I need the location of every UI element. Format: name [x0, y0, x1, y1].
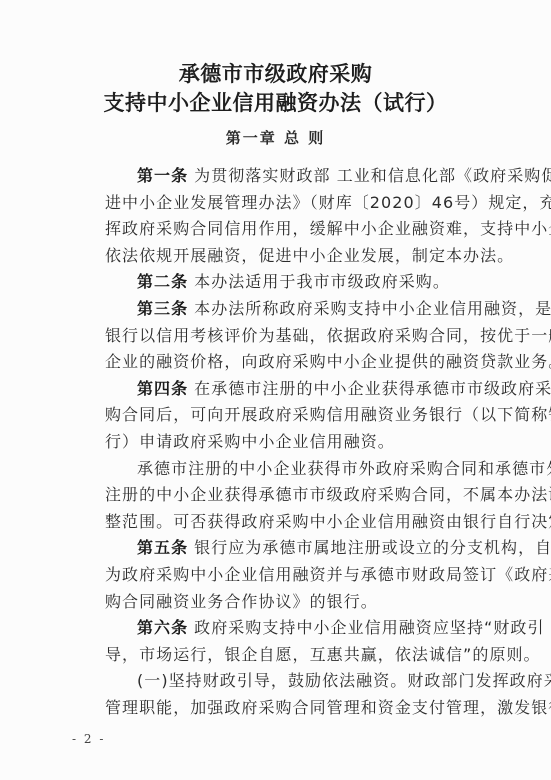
article-text: 银行应为承德市属地注册或设立的分支机构，自愿	[194, 538, 551, 557]
document-title-line-1: 承德市市级政府采购	[0, 60, 551, 88]
article-label: 第一条	[137, 166, 188, 185]
article-3: 第三条本办法所称政府采购支持中小企业信用融资，是指 银行以信用考核评价为基础，依…	[73, 296, 484, 376]
article-text: 本办法所称政府采购支持中小企业信用融资，是指	[194, 299, 551, 318]
article-line: 购合同后，可向开展政府采购信用融资业务银行（以下简称银	[73, 402, 484, 429]
article-text: 本办法适用于我市市级政府采购。	[194, 272, 450, 291]
document-title-line-2: 支持中小企业信用融资办法（试行）	[0, 89, 551, 117]
article-2: 第二条本办法适用于我市市级政府采购。	[73, 269, 484, 296]
article-line: 管理职能，加强政府采购合同管理和资金支付管理，激发银行	[73, 695, 484, 722]
article-text: 政府采购支持中小企业信用融资应坚持“财政引	[194, 618, 544, 637]
document-body: 第一条为贯彻落实财政部 工业和信息化部《政府采购促 进中小企业发展管理办法》（财…	[73, 163, 484, 721]
article-line: 依法依规开展融资，促进中小企业发展，制定本办法。	[73, 243, 484, 270]
article-label: 第五条	[137, 538, 188, 557]
article-line: 企业的融资价格，向政府采购中小企业提供的融资贷款业务。	[73, 349, 484, 376]
article-line: 挥政府采购合同信用作用，缓解中小企业融资难，支持中小企业	[73, 216, 484, 243]
chapter-heading: 第一章 总 则	[0, 128, 551, 148]
article-line: 整范围。可否获得政府采购中小企业信用融资由银行自行决定。	[73, 509, 484, 536]
article-line: 第四条在承德市注册的中小企业获得承德市市级政府采	[73, 376, 484, 403]
article-text: 为贯彻落实财政部 工业和信息化部《政府采购促	[194, 166, 551, 185]
article-line: 第五条银行应为承德市属地注册或设立的分支机构，自愿	[73, 535, 484, 562]
article-4-paragraph-2: 承德市注册的中小企业获得市外政府采购合同和承德市外 注册的中小企业获得承德市市级…	[73, 456, 484, 536]
article-4: 第四条在承德市注册的中小企业获得承德市市级政府采 购合同后，可向开展政府采购信用…	[73, 376, 484, 456]
article-line: 银行以信用考核评价为基础，依据政府采购合同，按优于一般	[73, 323, 484, 350]
article-text: 在承德市注册的中小企业获得承德市市级政府采	[194, 379, 551, 398]
article-label: 第四条	[137, 379, 188, 398]
article-line: 购合同融资业务合作协议》的银行。	[73, 589, 484, 616]
article-line: 行）申请政府采购中小企业信用融资。	[73, 429, 484, 456]
article-line: 第二条本办法适用于我市市级政府采购。	[73, 269, 484, 296]
article-label: 第六条	[137, 618, 188, 637]
article-label: 第二条	[137, 272, 188, 291]
document-page: 承德市市级政府采购 支持中小企业信用融资办法（试行） 第一章 总 则 第一条为贯…	[0, 0, 551, 780]
article-line: 进中小企业发展管理办法》（财库〔2020〕46号）规定，充分发	[73, 190, 484, 217]
page-number: - 2 -	[72, 732, 105, 746]
article-line: 为政府采购中小企业信用融资并与承德市财政局签订《政府采	[73, 562, 484, 589]
article-line: 第一条为贯彻落实财政部 工业和信息化部《政府采购促	[73, 163, 484, 190]
article-label: 第三条	[137, 299, 188, 318]
article-6: 第六条政府采购支持中小企业信用融资应坚持“财政引 导，市场运行，银企自愿，互惠共…	[73, 615, 484, 668]
article-line: 承德市注册的中小企业获得市外政府采购合同和承德市外	[73, 456, 484, 483]
article-line: 第六条政府采购支持中小企业信用融资应坚持“财政引	[73, 615, 484, 642]
article-5: 第五条银行应为承德市属地注册或设立的分支机构，自愿 为政府采购中小企业信用融资并…	[73, 535, 484, 615]
article-line: 导，市场运行，银企自愿，互惠共赢，依法诚信”的原则。	[73, 642, 484, 669]
article-1: 第一条为贯彻落实财政部 工业和信息化部《政府采购促 进中小企业发展管理办法》（财…	[73, 163, 484, 269]
article-line: 第三条本办法所称政府采购支持中小企业信用融资，是指	[73, 296, 484, 323]
article-6-item-1: (一)坚持财政引导，鼓励依法融资。财政部门发挥政府采购 管理职能，加强政府采购合…	[73, 668, 484, 721]
article-line: 注册的中小企业获得承德市市级政府采购合同，不属本办法调	[73, 482, 484, 509]
article-line: (一)坚持财政引导，鼓励依法融资。财政部门发挥政府采购	[73, 668, 484, 695]
